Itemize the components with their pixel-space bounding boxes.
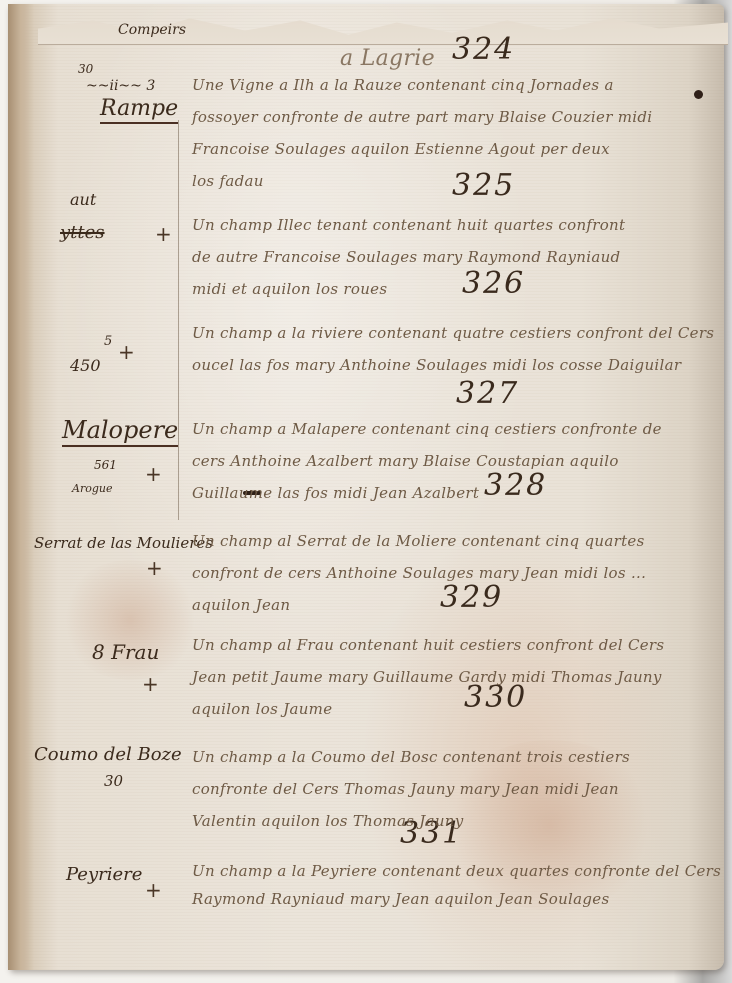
binding-edge [8, 4, 34, 970]
entry-line: Un champ a Malapere contenant cinq cesti… [192, 420, 662, 438]
entry-line: Un champ a la Peyriere contenant deux qu… [192, 862, 721, 880]
cross-mark: + [155, 222, 172, 246]
cross-mark: + [145, 462, 162, 486]
entry-number: 324 [452, 32, 515, 67]
cross-mark: + [145, 878, 162, 902]
entry-number: 326 [462, 266, 525, 301]
entry-number: 329 [440, 580, 503, 615]
margin-place-name: Peyriere [66, 864, 142, 885]
entry-line: aquilon los Jaume [192, 700, 332, 718]
margin-place-name: Malopere [62, 416, 178, 447]
location-heading: a Lagrie [340, 46, 435, 71]
entry-line: fossoyer confronte de autre part mary Bl… [192, 108, 652, 126]
entry-line: Jean petit Jaume mary Guillaume Gardy mi… [192, 668, 662, 686]
margin-place-name: Serrat de las Moulieres [34, 534, 213, 552]
entry-line: Raymond Rayniaud mary Jean aquilon Jean … [192, 890, 609, 908]
margin-rule [178, 120, 179, 520]
entry-line: confront de cers Anthoine Soulages mary … [192, 564, 646, 582]
entry-number: 327 [456, 376, 519, 411]
margin-note: 5 [104, 334, 112, 349]
entry-line: Un champ al Frau contenant huit cestiers… [192, 636, 664, 654]
entry-line: Valentin aquilon los Thomas Jauny [192, 812, 464, 830]
entry-line: los fadau [192, 172, 264, 190]
margin-note: 30 [104, 772, 123, 790]
margin-note: ~~ii~~ 3 [86, 78, 155, 94]
ink-blot [694, 90, 703, 99]
entry-number: 325 [452, 168, 515, 203]
entry-line: aquilon Jean [192, 596, 290, 614]
entry-line: Une Vigne a Ilh a la Rauze contenant cin… [192, 76, 614, 94]
top-left-heading: Compeirs [118, 22, 186, 38]
margin-note: 30 [78, 62, 93, 76]
cross-mark: + [118, 340, 135, 364]
entry-number: 328 [484, 468, 547, 503]
cross-mark: + [146, 556, 163, 580]
entry-line: cers Anthoine Azalbert mary Blaise Coust… [192, 452, 619, 470]
margin-note: 561 [94, 458, 117, 472]
entry-line: Francoise Soulages aquilon Estienne Agou… [192, 140, 610, 158]
cross-mark: + [142, 672, 159, 696]
entry-line: confronte del Cers Thomas Jauny mary Jea… [192, 780, 619, 798]
entry-line: midi et aquilon los roues [192, 280, 387, 298]
entry-line: Un champ a la riviere contenant quatre c… [192, 324, 714, 342]
entry-line: Un champ al Serrat de la Moliere contena… [192, 532, 645, 550]
entry-line: Un champ Illec tenant contenant huit qua… [192, 216, 625, 234]
entry-line: oucel las fos mary Anthoine Soulages mid… [192, 356, 681, 374]
margin-place-name: Coumo del Boze [34, 744, 182, 765]
margin-place-name: 8 Frau [92, 640, 159, 664]
margin-note: 450 [70, 356, 101, 375]
margin-note-struck: yttes [60, 222, 105, 243]
margin-place-name: Rampe [100, 96, 178, 124]
entry-line: de autre Francoise Soulages mary Raymond… [192, 248, 620, 266]
entry-line: Un champ a la Coumo del Bosc contenant t… [192, 748, 630, 766]
margin-note: aut [70, 190, 96, 209]
margin-note: Arogue [72, 482, 112, 495]
entry-line: Guillaume las fos midi Jean Azalbert [192, 484, 479, 502]
